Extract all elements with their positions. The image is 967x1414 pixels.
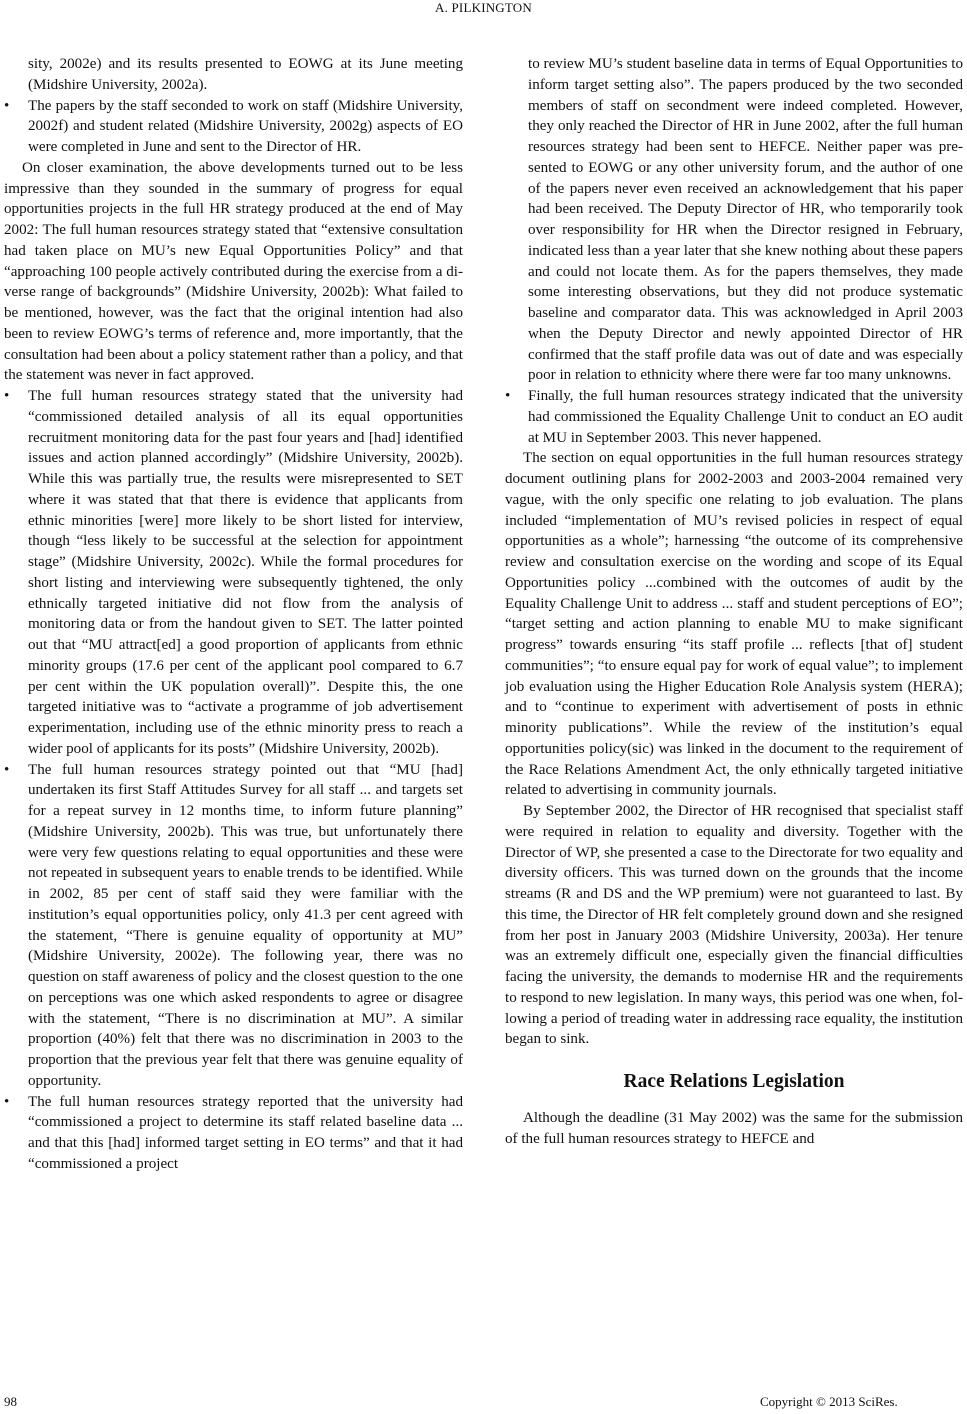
section-heading: Race Relations Legislation — [505, 1070, 963, 1094]
paragraph-section-eo: The section on equal opportunities in th… — [505, 448, 963, 801]
bullet-text: The full human resources strategy pointe… — [28, 760, 463, 1092]
left-column: sity, 2002e) and its results presented t… — [4, 54, 463, 1175]
bullet-text: The papers by the staff seconded to work… — [28, 96, 463, 158]
bullet-icon: • — [4, 760, 14, 781]
bullet-text: The full human resources strategy report… — [28, 1092, 463, 1175]
copyright-notice: Copyright © 2013 SciRes. — [760, 1394, 898, 1410]
page-number: 98 — [4, 1394, 17, 1410]
bullet-item-papers: • The papers by the staff seconded to wo… — [4, 96, 463, 158]
bullet-icon: • — [4, 96, 14, 117]
bullet-icon: • — [4, 386, 14, 407]
bullet-text: The full human resources strategy stated… — [28, 386, 463, 760]
continued-bullet-text: to review MU’s student baseline data in … — [505, 54, 963, 386]
paragraph-deadline: Although the deadline (31 May 2002) was … — [505, 1108, 963, 1150]
bullet-item-baseline: • The full human resources strategy repo… — [4, 1092, 463, 1175]
bullet-item-recruitment: • The full human resources strategy stat… — [4, 386, 463, 760]
bullet-icon: • — [4, 1092, 14, 1113]
bullet-text: Finally, the full human resources strate… — [528, 386, 963, 448]
bullet-icon: • — [505, 386, 515, 407]
continued-bullet-text: sity, 2002e) and its results presented t… — [4, 54, 463, 96]
right-column: to review MU’s student baseline data in … — [505, 54, 963, 1150]
bullet-item-audit: • Finally, the full human resources stra… — [505, 386, 963, 448]
paragraph-closer-examination: On closer examination, the above develop… — [4, 158, 463, 386]
paragraph-september-2002: By September 2002, the Director of HR re… — [505, 801, 963, 1050]
running-head-author: A. PILKINGTON — [0, 0, 967, 16]
bullet-item-survey: • The full human resources strategy poin… — [4, 760, 463, 1092]
